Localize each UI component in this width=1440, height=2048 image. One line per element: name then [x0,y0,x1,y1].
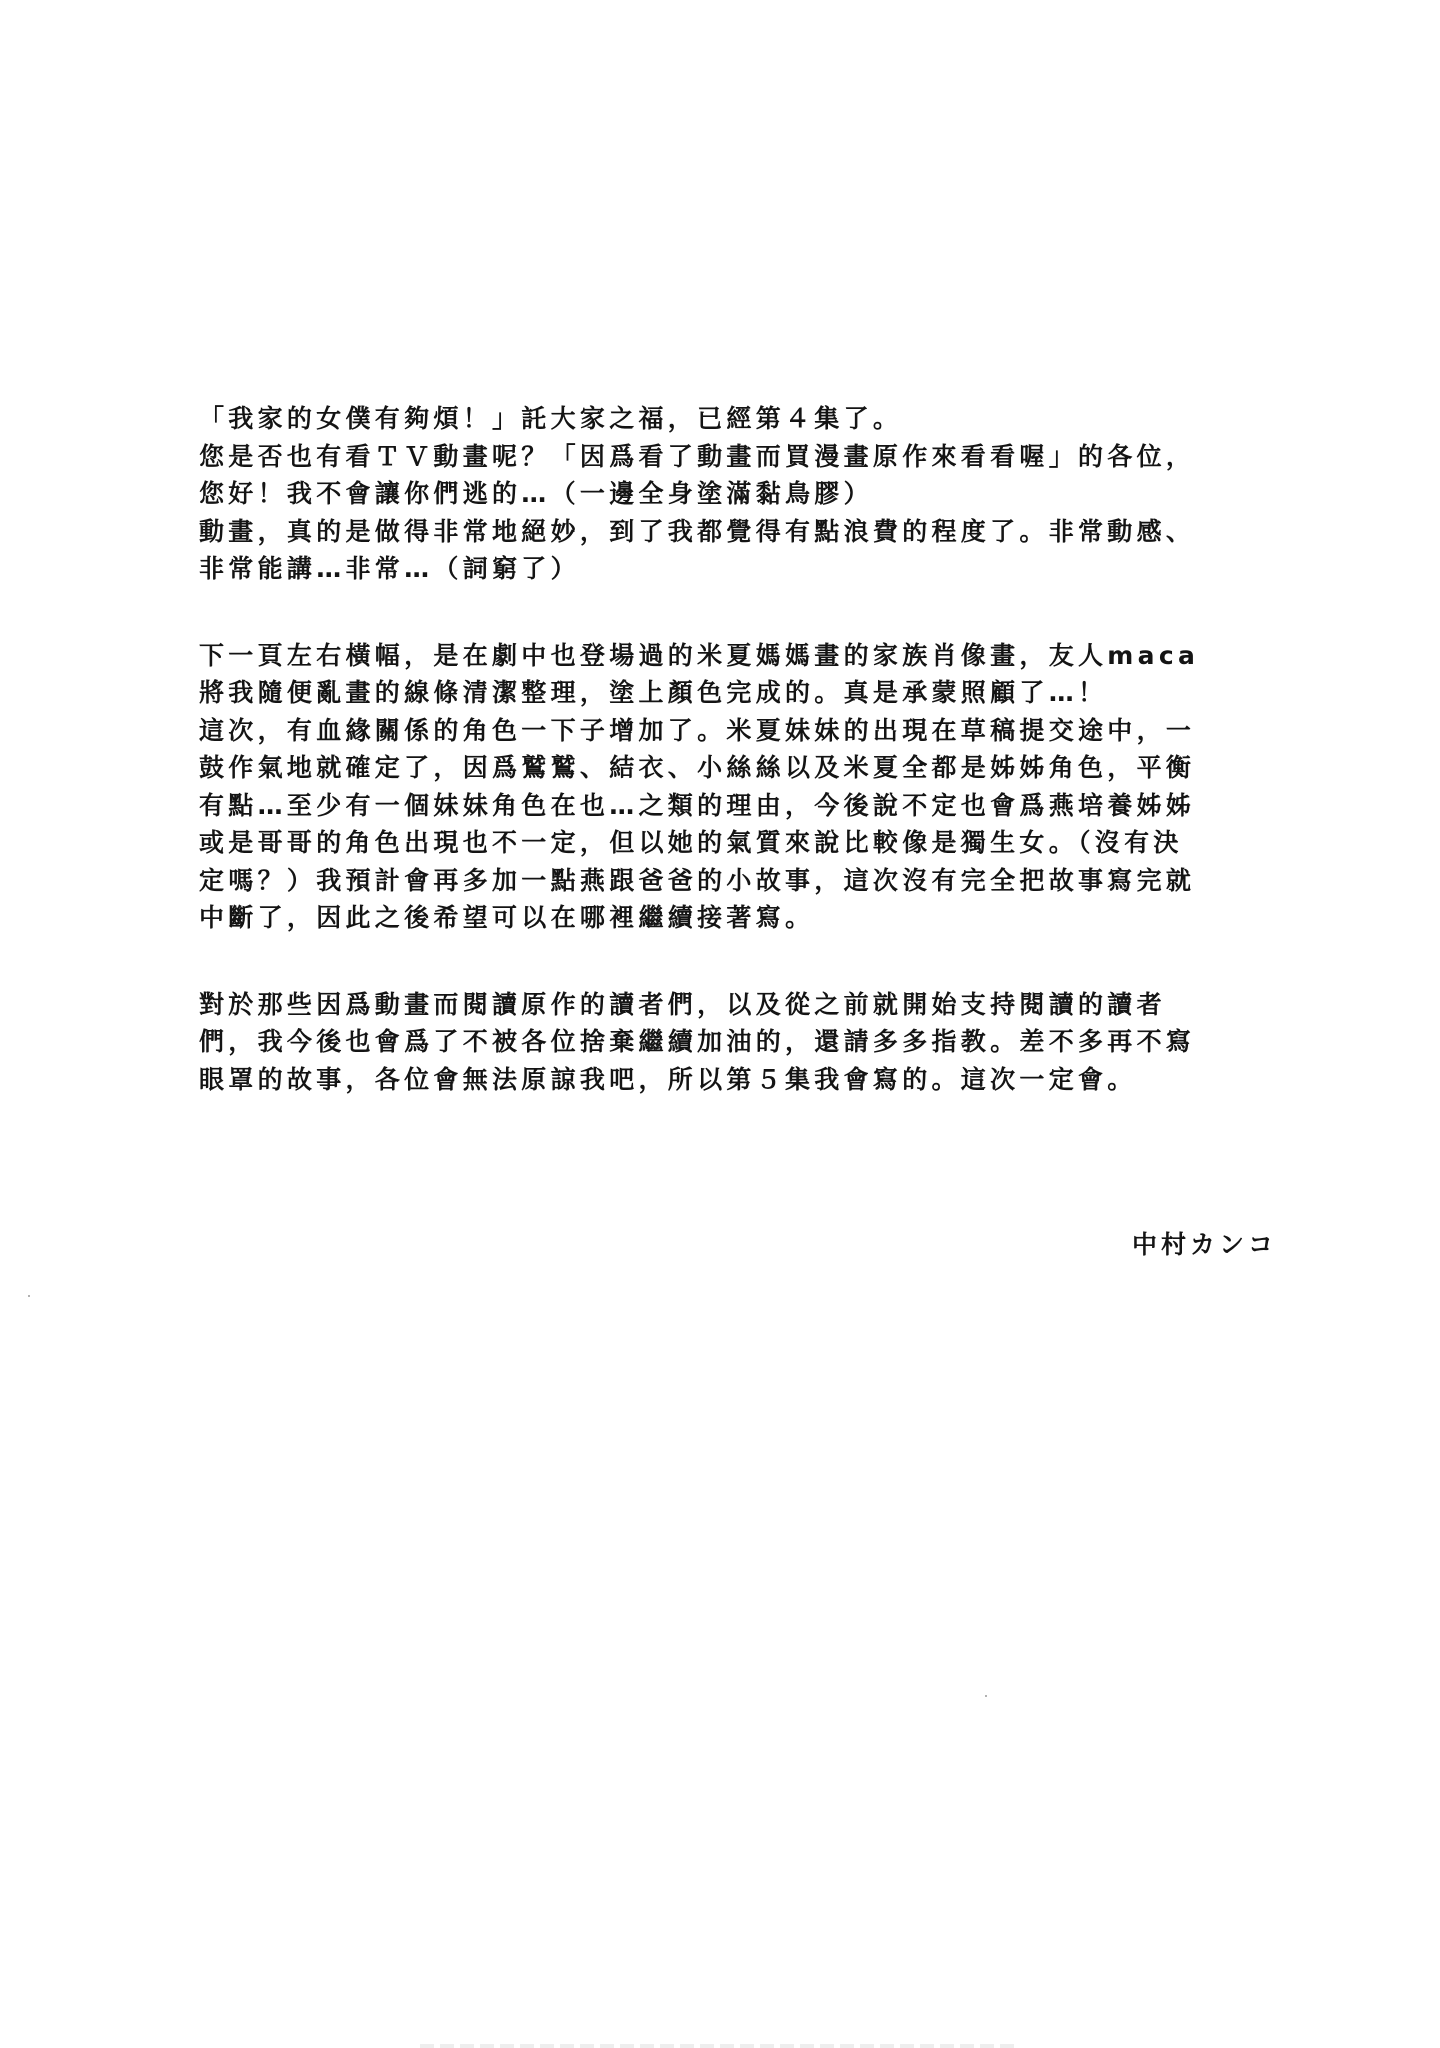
text-line: 眼罩的故事，各位會無法原諒我吧，所以第５集我會寫的。這次一定會。 [199,1061,1284,1099]
text-line: 對於那些因爲動畫而閱讀原作的讀者們，以及從之前就開始支持閱讀的讀者 [199,986,1284,1024]
document-page: 「我家的女僕有夠煩！」託大家之福，已經第４集了。 您是否也有看ＴＶ動畫呢？「因爲… [0,0,1440,2048]
scan-speck [985,1695,987,1697]
text-line: 定嗎？）我預計會再多加一點燕跟爸爸的小故事，這次沒有完全把故事寫完就 [199,862,1284,900]
text-line: 有點…至少有一個妹妹角色在也…之類的理由，今後說不定也會爲燕培養姊姊 [199,787,1284,825]
text-line: 鼓作氣地就確定了，因爲鷲鷲、結衣、小絲絲以及米夏全都是姊姊角色，平衡 [199,749,1284,787]
text-line: 您好！我不會讓你們逃的…（一邊全身塗滿黏鳥膠） [199,475,1284,513]
faint-watermark-band [420,2044,1020,2048]
paragraph-2: 下一頁左右橫幅，是在劇中也登場過的米夏媽媽畫的家族肖像畫，友人maca 將我隨便… [199,637,1284,937]
text-line: 這次，有血緣關係的角色一下子增加了。米夏妹妹的出現在草稿提交途中，一 [199,712,1284,750]
text-line: 們，我今後也會爲了不被各位捨棄繼續加油的，還請多多指教。差不多再不寫 [199,1023,1284,1061]
paragraph-3: 對於那些因爲動畫而閱讀原作的讀者們，以及從之前就開始支持閱讀的讀者 們，我今後也… [199,986,1284,1099]
text-line: 您是否也有看ＴＶ動畫呢？「因爲看了動畫而買漫畫原作來看看喔」的各位， [199,438,1284,476]
afterword-text: 「我家的女僕有夠煩！」託大家之福，已經第４集了。 您是否也有看ＴＶ動畫呢？「因爲… [199,400,1284,1147]
text-line: 動畫，真的是做得非常地絕妙，到了我都覺得有點浪費的程度了。非常動感、 [199,513,1284,551]
text-line: 或是哥哥的角色出現也不一定，但以她的氣質來說比較像是獨生女。（沒有決 [199,824,1284,862]
scan-speck [28,1295,30,1297]
text-line: 將我隨便亂畫的線條清潔整理，塗上顏色完成的。真是承蒙照顧了…！ [199,674,1284,712]
text-line: 「我家的女僕有夠煩！」託大家之福，已經第４集了。 [199,400,1284,438]
text-line: 中斷了，因此之後希望可以在哪裡繼續接著寫。 [199,899,1284,937]
text-line: 非常能講…非常…（詞窮了） [199,550,1284,588]
text-line: 下一頁左右橫幅，是在劇中也登場過的米夏媽媽畫的家族肖像畫，友人maca [199,637,1284,675]
author-signature: 中村カンコ [1132,1225,1277,1261]
paragraph-1: 「我家的女僕有夠煩！」託大家之福，已經第４集了。 您是否也有看ＴＶ動畫呢？「因爲… [199,400,1284,588]
